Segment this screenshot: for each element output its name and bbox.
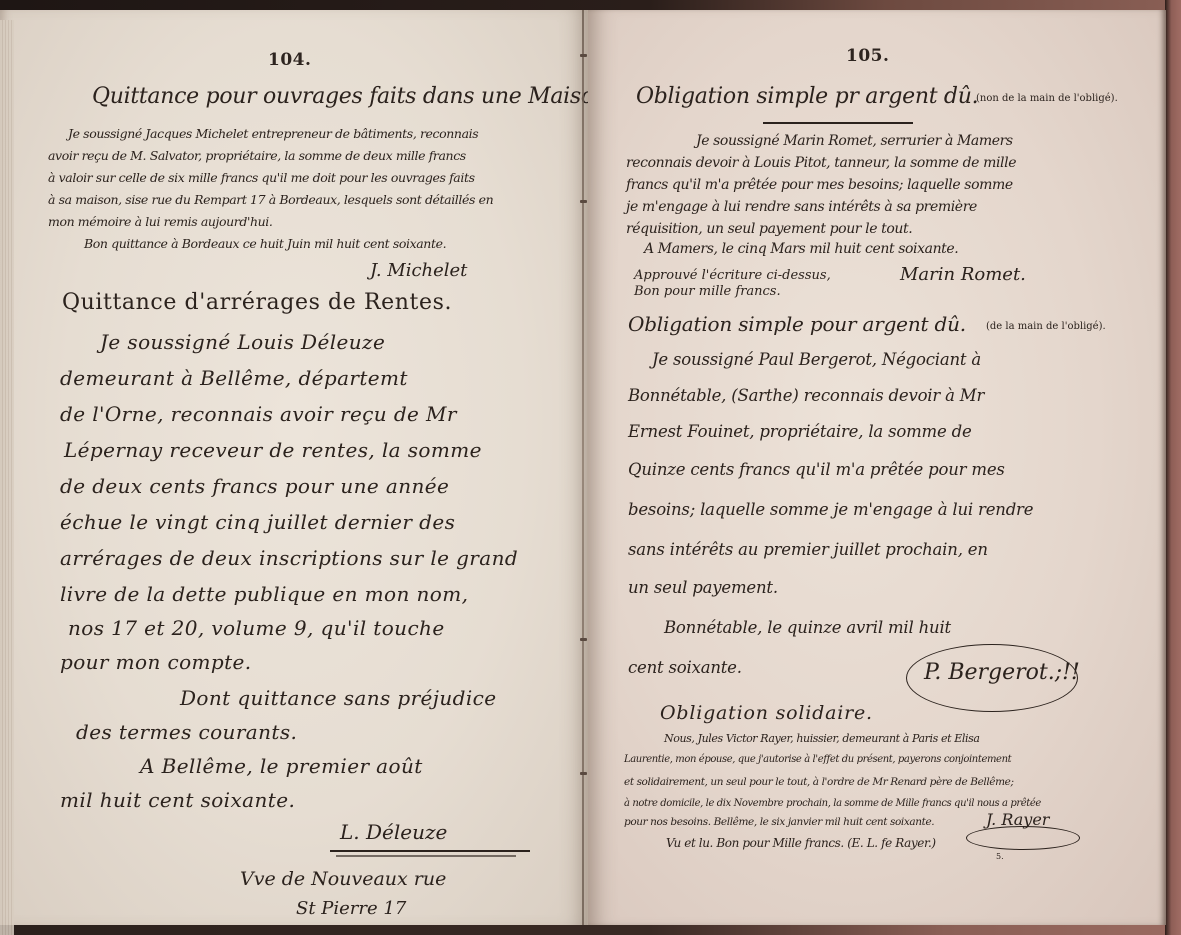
left-page: 104. Quittance pour ouvrages faits dans … xyxy=(0,10,588,925)
signature-flourish xyxy=(966,826,1080,850)
text-line: un seul payement. xyxy=(628,578,778,597)
text-line: francs qu'il m'a prêtée pour mes besoins… xyxy=(626,178,1013,192)
text-line: pour mon compte. xyxy=(60,650,252,674)
section-title: Quittance pour ouvrages faits dans une M… xyxy=(92,84,614,109)
text-line: Je soussigné Louis Déleuze xyxy=(100,330,385,354)
text-line: je m'engage à lui rendre sans intérêts à… xyxy=(626,200,977,214)
signature-flourish xyxy=(336,855,516,857)
approval-line: Approuvé l'écriture ci-dessus, xyxy=(634,268,831,283)
section-title: Obligation solidaire. xyxy=(660,702,873,724)
text-line: à valoir sur celle de six mille francs q… xyxy=(48,172,475,185)
text-line: de l'Orne, reconnais avoir reçu de Mr xyxy=(60,402,457,426)
text-line: Bonnétable, (Sarthe) reconnais devoir à … xyxy=(628,386,984,405)
text-line: Je soussigné Paul Bergerot, Négociant à xyxy=(652,350,981,369)
signature: P. Bergerot.;!! xyxy=(924,660,1080,685)
signature-flourish xyxy=(330,850,530,852)
text-line: demeurant à Bellême, départemt xyxy=(60,366,408,390)
text-line: avoir reçu de M. Salvator, propriétaire,… xyxy=(48,150,466,163)
approval-line: Vu et lu. Bon pour Mille francs. (E. L. … xyxy=(666,836,936,850)
section-subtitle: (de la main de l'obligé). xyxy=(986,321,1106,332)
text-line: Bonnétable, le quinze avril mil huit xyxy=(664,618,951,637)
address-line: St Pierre 17 xyxy=(296,898,406,919)
text-line: Lépernay receveur de rentes, la somme xyxy=(64,438,482,462)
right-page: 105. Obligation simple pr argent dû. (no… xyxy=(588,10,1166,925)
section-title: Quittance d'arrérages de Rentes. xyxy=(62,290,452,315)
page-stack-edge xyxy=(0,20,14,935)
section-subtitle: (non de la main de l'obligé). xyxy=(976,93,1118,104)
signature: J. Michelet xyxy=(370,260,467,281)
text-line: Quinze cents francs qu'il m'a prêtée pou… xyxy=(628,460,1005,479)
binding-stitch xyxy=(580,772,587,775)
text-line: sans intérêts au premier juillet prochai… xyxy=(628,540,988,559)
text-line: des termes courants. xyxy=(76,720,297,744)
page-number: 105. xyxy=(846,46,889,66)
text-line: livre de la dette publique en mon nom, xyxy=(60,582,468,606)
text-line: nos 17 et 20, volume 9, qu'il touche xyxy=(68,616,445,640)
text-line: Nous, Jules Victor Rayer, huissier, deme… xyxy=(664,732,980,745)
text-line: Je soussigné Marin Romet, serrurier à Ma… xyxy=(696,134,1013,148)
book-cover-edge xyxy=(1165,0,1181,935)
binding-stitch xyxy=(580,638,587,641)
text-line: Dont quittance sans préjudice xyxy=(180,686,497,710)
section-title: Obligation simple pour argent dû. xyxy=(628,312,966,336)
text-line: A Bellême, le premier août xyxy=(140,754,423,778)
text-line: pour nos besoins. Bellême, le six janvie… xyxy=(624,816,934,828)
title-underline xyxy=(763,122,913,124)
signature: Marin Romet. xyxy=(900,264,1026,285)
text-line: à sa maison, sise rue du Rempart 17 à Bo… xyxy=(48,194,493,207)
text-line: réquisition, un seul payement pour le to… xyxy=(626,222,912,236)
page-number: 104. xyxy=(268,50,311,70)
binding-stitch xyxy=(580,200,587,203)
approval-line: Bon pour mille francs. xyxy=(634,284,781,299)
text-line: reconnais devoir à Louis Pitot, tanneur,… xyxy=(626,156,1016,170)
text-line: arrérages de deux inscriptions sur le gr… xyxy=(60,546,518,570)
text-line: mon mémoire à lui remis aujourd'hui. xyxy=(48,216,272,229)
text-line: à notre domicile, le dix Novembre procha… xyxy=(624,798,1041,809)
text-line: besoins; laquelle somme je m'engage à lu… xyxy=(628,500,1033,519)
text-line: Bon quittance à Bordeaux ce huit Juin mi… xyxy=(84,238,446,251)
binding-stitch xyxy=(580,54,587,57)
text-line: Laurentie, mon épouse, que j'autorise à … xyxy=(624,754,1011,765)
text-line: A Mamers, le cinq Mars mil huit cent soi… xyxy=(644,242,958,256)
text-line: de deux cents francs pour une année xyxy=(60,474,449,498)
address-line: Vve de Nouveaux rue xyxy=(240,868,446,890)
signature: L. Déleuze xyxy=(340,820,447,844)
text-line: mil huit cent soixante. xyxy=(60,788,295,812)
book-gutter xyxy=(582,10,584,925)
text-line: cent soixante. xyxy=(628,658,742,677)
text-line: échue le vingt cinq juillet dernier des xyxy=(60,510,455,534)
footer-mark: 5. xyxy=(996,852,1004,861)
text-line: Je soussigné Jacques Michelet entreprene… xyxy=(68,128,478,141)
text-line: Ernest Fouinet, propriétaire, la somme d… xyxy=(628,422,972,441)
text-line: et solidairement, un seul pour le tout, … xyxy=(624,776,1014,788)
section-title: Obligation simple pr argent dû. xyxy=(636,84,978,109)
